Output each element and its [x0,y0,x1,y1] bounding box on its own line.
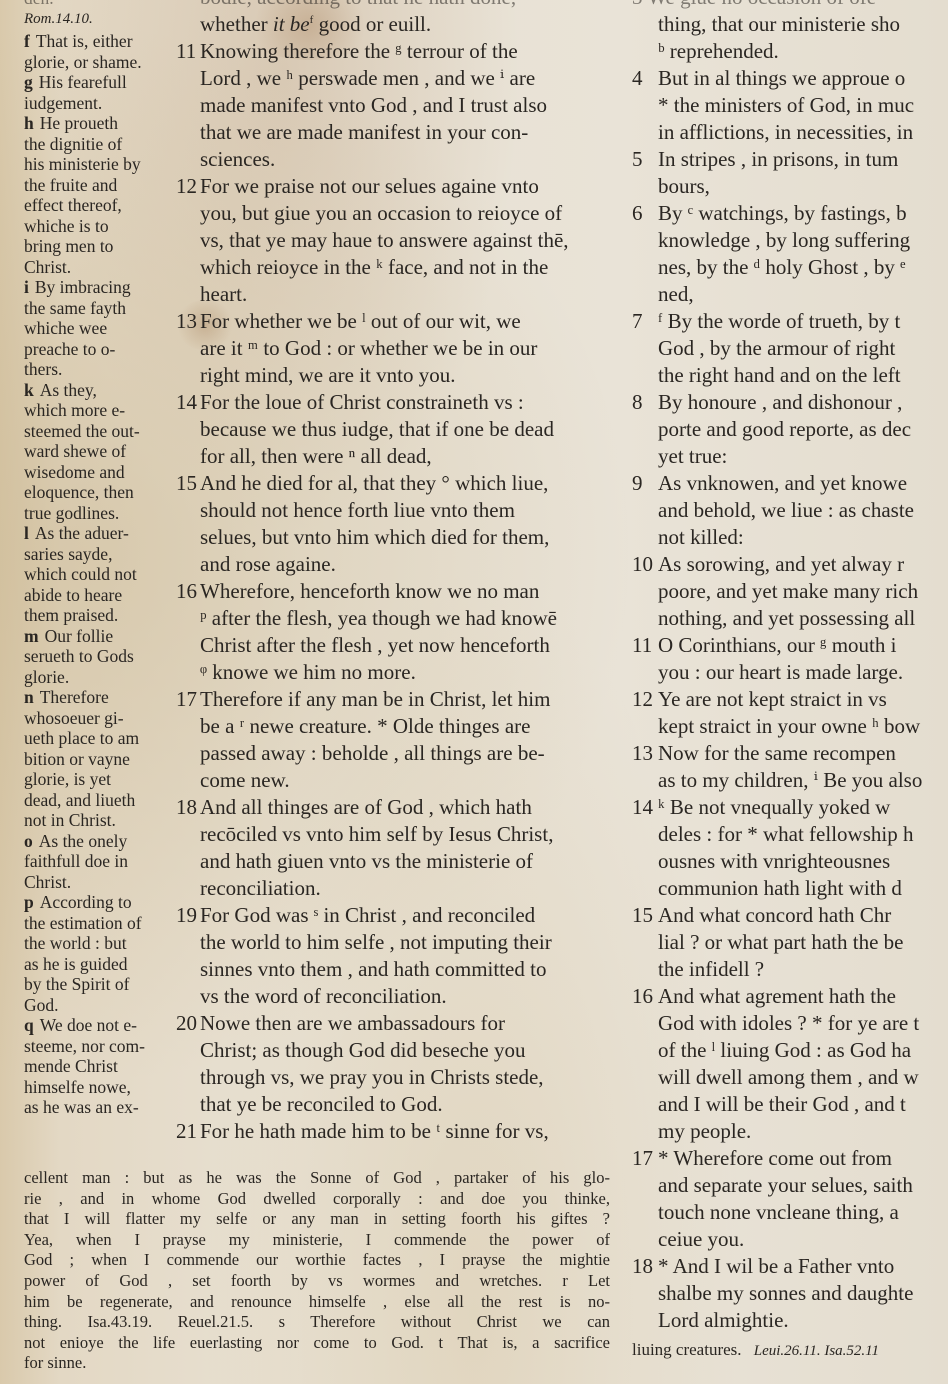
text-line: And he died for al, that they ° which li… [200,470,549,497]
text-line: porte and good reporte, as dec [658,416,911,443]
text-line: Lord almightie. [658,1307,913,1334]
footer-references: Leui.26.11. Isa.52.11 [754,1343,879,1359]
margin-note-text: According to [40,892,132,912]
margin-note-line: steeme, nor com- [24,1036,174,1057]
note-letter: o [24,831,33,851]
footnote-line: not enioye the life euerlasting nor come… [24,1333,610,1354]
top-fragment: bodie, according to that he hath done, [176,0,610,11]
verse-number: 18 [632,1253,658,1334]
verse-number: 19 [176,902,200,1010]
margin-note-text: preache to o- [24,339,115,359]
footnote-line: rie , and in whome God dwelled corporall… [24,1189,610,1210]
margin-note-text: serueth to Gods [24,646,134,666]
margin-note-text: ueth place to am [24,728,139,748]
margin-note-line: whosoeuer gi- [24,708,174,729]
verse: 6By ᶜ watchings, by fastings, bknowledge… [632,200,948,308]
footnote-line: power of God , set foorth by vs wormes a… [24,1271,610,1292]
verse-text: And what agrement hath theGod with idole… [658,983,919,1145]
text-line: For the loue of Christ constraineth vs : [200,389,554,416]
italic-run: it be [273,12,310,36]
margin-note: mOur follieserueth to Godsglorie. [24,626,174,688]
margin-note-text: whosoeuer gi- [24,708,124,728]
text-line: heart. [200,281,569,308]
text-line: vs, that ye may haue to answere against … [200,227,569,254]
margin-note: hHe proueththe dignitie ofhis ministerie… [24,113,174,277]
margin-note: qWe doe not e-steeme, nor com-mende Chri… [24,1015,174,1118]
text-line: knowledge , by long suffering [658,227,910,254]
text-line: and behold, we liue : as chaste [658,497,914,524]
margin-note-line: serueth to Gods [24,646,174,667]
margin-note-text: God. [24,995,59,1015]
margin-note-line: effect thereof, [24,195,174,216]
margin-note-text: his ministerie by [24,154,141,174]
margin-note-text: Christ. [24,872,71,892]
text-line: And what concord hath Chr [658,902,904,929]
text-line: of the ˡ liuing God : as God ha [658,1037,919,1064]
margin-fragment: den. [24,0,174,9]
margin-note-text: true godlines. [24,503,119,523]
note-letter: p [24,892,34,912]
text-line: kept straict in your owne ʰ bow [658,713,920,740]
margin-note-line: preache to o- [24,339,174,360]
text-line: touch none vncleane thing, a [658,1199,913,1226]
text-line: sinnes vnto them , and hath committed to [200,956,552,983]
text-line: because we thus iudge, that if one be de… [200,416,554,443]
text-line: ᵠ knowe we him no more. [200,659,557,686]
text-line: As sorowing, and yet alway r [658,551,918,578]
verse-number: 4 [632,65,658,146]
text-line: in afflictions, in necessities, in [658,119,914,146]
margin-note-line: himselfe nowe, [24,1077,174,1098]
verse-text: * And I wil be a Father vntoshalbe my so… [658,1253,913,1334]
marginal-notes: den. Rom.14.10. fThat is, eitherglorie, … [24,0,174,1118]
verse: 14ᵏ Be not vnequally yoked wdeles : for … [632,794,948,902]
verse: 13Now for the same recompenas to my chil… [632,740,948,794]
verse: 12For we praise not our selues againe vn… [176,173,610,308]
verse-text: Nowe then are we ambassadours forChrist;… [200,1010,544,1118]
text-line: and hath giuen vnto vs the ministerie of [200,848,553,875]
text-line: that ye be reconciled to God. [200,1091,544,1118]
margin-note: iBy imbracingthe same faythwhiche weepre… [24,277,174,380]
margin-note-line: whiche wee [24,318,174,339]
margin-note-line: lAs the aduer- [24,523,174,544]
text-run: good or euill. [313,12,431,36]
verse-number: 14 [632,794,658,902]
verse: 14For the loue of Christ constraineth vs… [176,389,610,470]
margin-note-line: oAs the onely [24,831,174,852]
margin-note-line: true godlines. [24,503,174,524]
margin-note: lAs the aduer-saries sayde,which could n… [24,523,174,626]
margin-note-line: ward shewe of [24,441,174,462]
text-line: In stripes , in prisons, in tum [658,146,898,173]
verse-list: 4But in al things we approue o* the mini… [632,65,948,1334]
margin-note-line: by the Spirit of [24,974,174,995]
verse-text: * Wherefore come out fromand separate yo… [658,1145,913,1253]
margin-note-text: by the Spirit of [24,974,129,994]
margin-note-list: fThat is, eitherglorie, or shame.gHis fe… [24,31,174,1118]
margin-note-text: as he was an ex- [24,1097,139,1117]
text-line: And what agrement hath the [658,983,919,1010]
verse: 19For God was ˢ in Christ , and reconcil… [176,902,610,1010]
verse-number: 17 [632,1145,658,1253]
text-line: the right hand and on the left [658,362,901,389]
right-footer: liuing creatures. Leui.26.11. Isa.52.11 [632,1340,879,1360]
margin-note-line: them praised. [24,605,174,626]
margin-note-line: iBy imbracing [24,277,174,298]
verse: 13For whether we be ˡ out of our wit, we… [176,308,610,389]
text-line: Therefore if any man be in Christ, let h… [200,686,550,713]
note-letter: k [24,380,34,400]
margin-note-line: his ministerie by [24,154,174,175]
margin-note-line: the same fayth [24,298,174,319]
verse: 10As sorowing, and yet alway rpoore, and… [632,551,948,632]
margin-note: nThereforewhosoeuer gi-ueth place to amb… [24,687,174,831]
note-letter: m [24,626,39,646]
note-letter: q [24,1015,34,1035]
margin-note-text: abide to heare [24,585,122,605]
margin-note-line: not in Christ. [24,810,174,831]
verse-text: For he hath made him to be ᵗ sinne for v… [200,1118,549,1145]
footnote-line: Yea, when I prayse my ministerie, I comm… [24,1230,610,1251]
margin-note-text: wisedome and [24,462,125,482]
text-line: which reioyce in the ᵏ face, and not in … [200,254,569,281]
margin-note: pAccording tothe estimation ofthe world … [24,892,174,1015]
margin-note-line: hHe proueth [24,113,174,134]
text-line: Nowe then are we ambassadours for [200,1010,544,1037]
text-line: right mind, we are it vnto you. [200,362,537,389]
margin-note-line: mende Christ [24,1056,174,1077]
margin-note-text: the same fayth [24,298,126,318]
verse-text: Wherefore, henceforth know we no manᵖ af… [200,578,557,686]
text-line: you : our heart is made large. [658,659,903,686]
margin-note-text: Therefore [40,687,109,707]
verse-number: 9 [632,470,658,551]
verse-text: And he died for al, that they ° which li… [200,470,549,578]
note-letter: i [24,277,29,297]
verse-number: 12 [176,173,200,308]
verse-text: Therefore if any man be in Christ, let h… [200,686,550,794]
margin-note-text: As the aduer- [35,523,129,543]
verse-number: 21 [176,1118,200,1145]
footnote-line: him be regenerate, and renounce himselfe… [24,1292,610,1313]
margin-note: fThat is, eitherglorie, or shame. [24,31,174,72]
text-line: my people. [658,1118,919,1145]
note-letter: g [24,72,33,92]
margin-note-line: as he was an ex- [24,1097,174,1118]
footnotes-block: cellent man : but as he was the Sonne of… [24,1168,610,1374]
verse-list: 11Knowing therefore the ᵍ terrour of the… [176,38,610,1145]
text-line: for all, then were ⁿ all dead, [200,443,554,470]
text-line: are it ᵐ to God : or whether we be in ou… [200,335,537,362]
margin-note-line: the world : but [24,933,174,954]
text-line: that we are made manifest in your con- [200,119,547,146]
text-line: Lord , we ʰ perswade men , and we ⁱ are [200,65,547,92]
margin-note-text: faithfull doe in [24,851,128,871]
text-line: And all thinges are of God , which hath [200,794,553,821]
margin-note-line: saries sayde, [24,544,174,565]
text-line: * And I wil be a Father vnto [658,1253,913,1280]
margin-note-text: as he is guided [24,954,128,974]
text-line: Christ; as though God did beseche you [200,1037,544,1064]
margin-note-text: That is, either [36,31,133,51]
margin-note-text: the estimation of [24,913,142,933]
margin-note-text: He proueth [40,113,118,133]
text-line: nothing, and yet possessing all [658,605,918,632]
verse-number: 16 [632,983,658,1145]
verse-text: As sorowing, and yet alway rpoore, and y… [658,551,918,632]
margin-note-line: qWe doe not e- [24,1015,174,1036]
text-line: poore, and yet make many rich [658,578,918,605]
verse-text: Ye are not kept straict in vskept straic… [658,686,920,740]
footnote-line: cellent man : but as he was the Sonne of… [24,1168,610,1189]
text-line: you, but giue you an occasion to reioyce… [200,200,569,227]
verse: 12Ye are not kept straict in vskept stra… [632,686,948,740]
verse-text: O Corinthians, our ᵍ mouth iyou : our he… [658,632,903,686]
text-line: O Corinthians, our ᵍ mouth i [658,632,903,659]
top-fragment: 3 We giue no occasion of ofe [632,0,948,11]
footnote-line: for sinne. [24,1353,610,1374]
text-line: passed away : beholde , all things are b… [200,740,550,767]
verse-number: 14 [176,389,200,470]
verse-text: Now for the same recompenas to my childr… [658,740,922,794]
note-letter: f [24,31,30,51]
text-line: through vs, we pray you in Christs stede… [200,1064,544,1091]
verse-text: For whether we be ˡ out of our wit, wear… [200,308,537,389]
verse-number: 17 [176,686,200,794]
verse-number: 11 [176,38,200,173]
margin-note-line: steemed the out- [24,421,174,442]
margin-note-line: ueth place to am [24,728,174,749]
text-line: Christ after the flesh , yet now hencefo… [200,632,557,659]
footnote-line: thing. Isa.43.19. Reuel.21.5. s Therefor… [24,1312,610,1333]
note-letter: l [24,523,29,543]
margin-note-text: By imbracing [35,277,131,297]
margin-note-text: We doe not e- [40,1015,137,1035]
note-letter: h [24,113,34,133]
text-line: communion hath light with d [658,875,913,902]
margin-note-text: dead, and liueth [24,790,135,810]
margin-note-text: thers. [24,359,62,379]
margin-note-text: eloquence, then [24,482,134,502]
footer-text: liuing creatures. [632,1340,742,1359]
text-line: the world to him selfe , not imputing th… [200,929,552,956]
right-text-column: 3 We giue no occasion of ofe thing, that… [632,0,948,1334]
text-line: should not hence forth liue vnto them [200,497,549,524]
verse-10-end: whether it bef good or euill. [176,11,610,38]
margin-note-text: which more e- [24,400,125,420]
text-line: not killed: [658,524,914,551]
verse: 21For he hath made him to be ᵗ sinne for… [176,1118,610,1145]
text-line: ned, [658,281,910,308]
continuation-lines: thing, that our ministerie shoᵇ reprehen… [632,11,948,65]
text-line: come new. [200,767,550,794]
margin-note-text: the fruite and [24,175,117,195]
text-run: whether [200,12,273,36]
text-line: By ᶜ watchings, by fastings, b [658,200,910,227]
margin-note-text: saries sayde, [24,544,112,564]
text-line: Wherefore, henceforth know we no man [200,578,557,605]
margin-note-line: faithfull doe in [24,851,174,872]
margin-note-text: As the onely [39,831,127,851]
verse: 9As vnknowen, and yet knoweand behold, w… [632,470,948,551]
text-line: and separate your selues, saith [658,1172,913,1199]
text-line: nes, by the ᵈ holy Ghost , by ᵉ [658,254,910,281]
margin-note-text: His fearefull [39,72,127,92]
margin-note-line: which more e- [24,400,174,421]
verse-number: 18 [176,794,200,902]
verse: 16And what agrement hath theGod with ido… [632,983,948,1145]
margin-note-text: bition or vayne [24,749,130,769]
margin-note-line: mOur follie [24,626,174,647]
verse-number: 15 [176,470,200,578]
margin-note-line: which could not [24,564,174,585]
text-line: sciences. [200,146,547,173]
verse-number: 15 [632,902,658,983]
text-line: For whether we be ˡ out of our wit, we [200,308,537,335]
text-line: Now for the same recompen [658,740,922,767]
margin-note-line: glorie, or shame. [24,52,174,73]
margin-note-line: nTherefore [24,687,174,708]
text-line: ᵇ reprehended. [658,38,948,65]
margin-note-line: the dignitie of [24,134,174,155]
margin-note-text: glorie, or shame. [24,52,142,72]
verse-text: Knowing therefore the ᵍ terrour of theLo… [200,38,547,173]
verse-number: 16 [176,578,200,686]
margin-note-line: kAs they, [24,380,174,401]
margin-note-line: bition or vayne [24,749,174,770]
text-line: For we praise not our selues againe vnto [200,173,569,200]
margin-note-text: mende Christ [24,1056,118,1076]
margin-note-line: thers. [24,359,174,380]
text-line: made manifest vnto God , and I trust als… [200,92,547,119]
verse-number: 12 [632,686,658,740]
verse: 7ᶠ By the worde of trueth, by tGod , by … [632,308,948,389]
text-line: Knowing therefore the ᵍ terrour of the [200,38,547,65]
margin-note-text: steeme, nor com- [24,1036,145,1056]
text-line: deles : for * what fellowship h [658,821,913,848]
verse: 15And he died for al, that they ° which … [176,470,610,578]
verse: 18* And I wil be a Father vntoshalbe my … [632,1253,948,1334]
text-line: as to my children, ⁱ Be you also [658,767,922,794]
verse-number: 5 [632,146,658,200]
verse-text: ᶠ By the worde of trueth, by tGod , by t… [658,308,901,389]
verse-text: By honoure , and dishonour ,porte and go… [658,389,911,470]
margin-note-line: gHis fearefull [24,72,174,93]
text-line: God with idoles ? * for ye are t [658,1010,919,1037]
text-line: By honoure , and dishonour , [658,389,911,416]
margin-note: gHis fearefulliudgement. [24,72,174,113]
verse: 4But in al things we approue o* the mini… [632,65,948,146]
margin-note-line: the estimation of [24,913,174,934]
verse-number: 20 [176,1010,200,1118]
margin-note-line: God. [24,995,174,1016]
margin-note-line: whiche is to [24,216,174,237]
verse: 5In stripes , in prisons, in tumbours, [632,146,948,200]
margin-note-text: whiche wee [24,318,107,338]
verse-number: 11 [632,632,658,686]
margin-note-line: bring men to [24,236,174,257]
margin-note-text: Our follie [45,626,114,646]
verse-number: 13 [176,308,200,389]
text-line: be a ʳ newe creature. * Olde thinges are [200,713,550,740]
margin-note-text: iudgement. [24,93,102,113]
margin-note-text: the world : but [24,933,127,953]
text-line: will dwell among them , and w [658,1064,919,1091]
verse: 20Nowe then are we ambassadours forChris… [176,1010,610,1118]
verse-text: In stripes , in prisons, in tumbours, [658,146,898,200]
text-line: Ye are not kept straict in vs [658,686,920,713]
margin-note-line: as he is guided [24,954,174,975]
text-line: ᵖ after the flesh, yea though we had kno… [200,605,557,632]
margin-note-line: the fruite and [24,175,174,196]
margin-note-line: Christ. [24,257,174,278]
verse-text: And all thinges are of God , which hathr… [200,794,553,902]
margin-note-text: steemed the out- [24,421,140,441]
verse-number: 6 [632,200,658,308]
margin-note-text: them praised. [24,605,118,625]
verse: 18And all thinges are of God , which hat… [176,794,610,902]
text-line: * the ministers of God, in muc [658,92,914,119]
margin-note-line: abide to heare [24,585,174,606]
text-line: recōciled vs vnto him self by Iesus Chri… [200,821,553,848]
verse-number: 8 [632,389,658,470]
text-line: As vnknowen, and yet knowe [658,470,914,497]
verse-text: And what concord hath Chrlial ? or what … [658,902,904,983]
text-line: selues, but vnto him which died for them… [200,524,549,551]
text-line: yet true: [658,443,911,470]
margin-note-text: As they, [40,380,97,400]
text-line: reconciliation. [200,875,553,902]
margin-note-text: ward shewe of [24,441,126,461]
verse-text: For the loue of Christ constraineth vs :… [200,389,554,470]
verse-text: As vnknowen, and yet knoweand behold, we… [658,470,914,551]
text-line: shalbe my sonnes and daughte [658,1280,913,1307]
verse-text: For God was ˢ in Christ , and reconciled… [200,902,552,1010]
note-letter: n [24,687,34,707]
text-line: and I will be their God , and t [658,1091,919,1118]
verse-number: 7 [632,308,658,389]
text-line: bours, [658,173,898,200]
text-line: and rose againe. [200,551,549,578]
text-line: lial ? or what part hath the be [658,929,904,956]
text-line: * Wherefore come out from [658,1145,913,1172]
verse-number: 10 [632,551,658,632]
margin-note: kAs they,which more e-steemed the out-wa… [24,380,174,524]
text-line: ceiue you. [658,1226,913,1253]
verse: 8By honoure , and dishonour ,porte and g… [632,389,948,470]
margin-note-text: glorie. [24,667,69,687]
verse-text: But in al things we approue o* the minis… [658,65,914,146]
margin-note-line: iudgement. [24,93,174,114]
margin-note-line: eloquence, then [24,482,174,503]
margin-note-text: effect thereof, [24,195,122,215]
margin-note-text: the dignitie of [24,134,122,154]
margin-reference: Rom.14.10. [24,9,174,30]
text-line: God , by the armour of right [658,335,901,362]
margin-note-line: pAccording to [24,892,174,913]
margin-note-text: Christ. [24,257,71,277]
verse: 17* Wherefore come out fromand separate … [632,1145,948,1253]
text-line: the infidell ? [658,956,904,983]
text-line: But in al things we approue o [658,65,914,92]
margin-note: oAs the onelyfaithfull doe inChrist. [24,831,174,893]
verse-number: 13 [632,740,658,794]
margin-note-line: Christ. [24,872,174,893]
verse-text: ᵏ Be not vnequally yoked wdeles : for * … [658,794,913,902]
text-line: For God was ˢ in Christ , and reconciled [200,902,552,929]
margin-note-text: himselfe nowe, [24,1077,131,1097]
margin-note-line: glorie. [24,667,174,688]
